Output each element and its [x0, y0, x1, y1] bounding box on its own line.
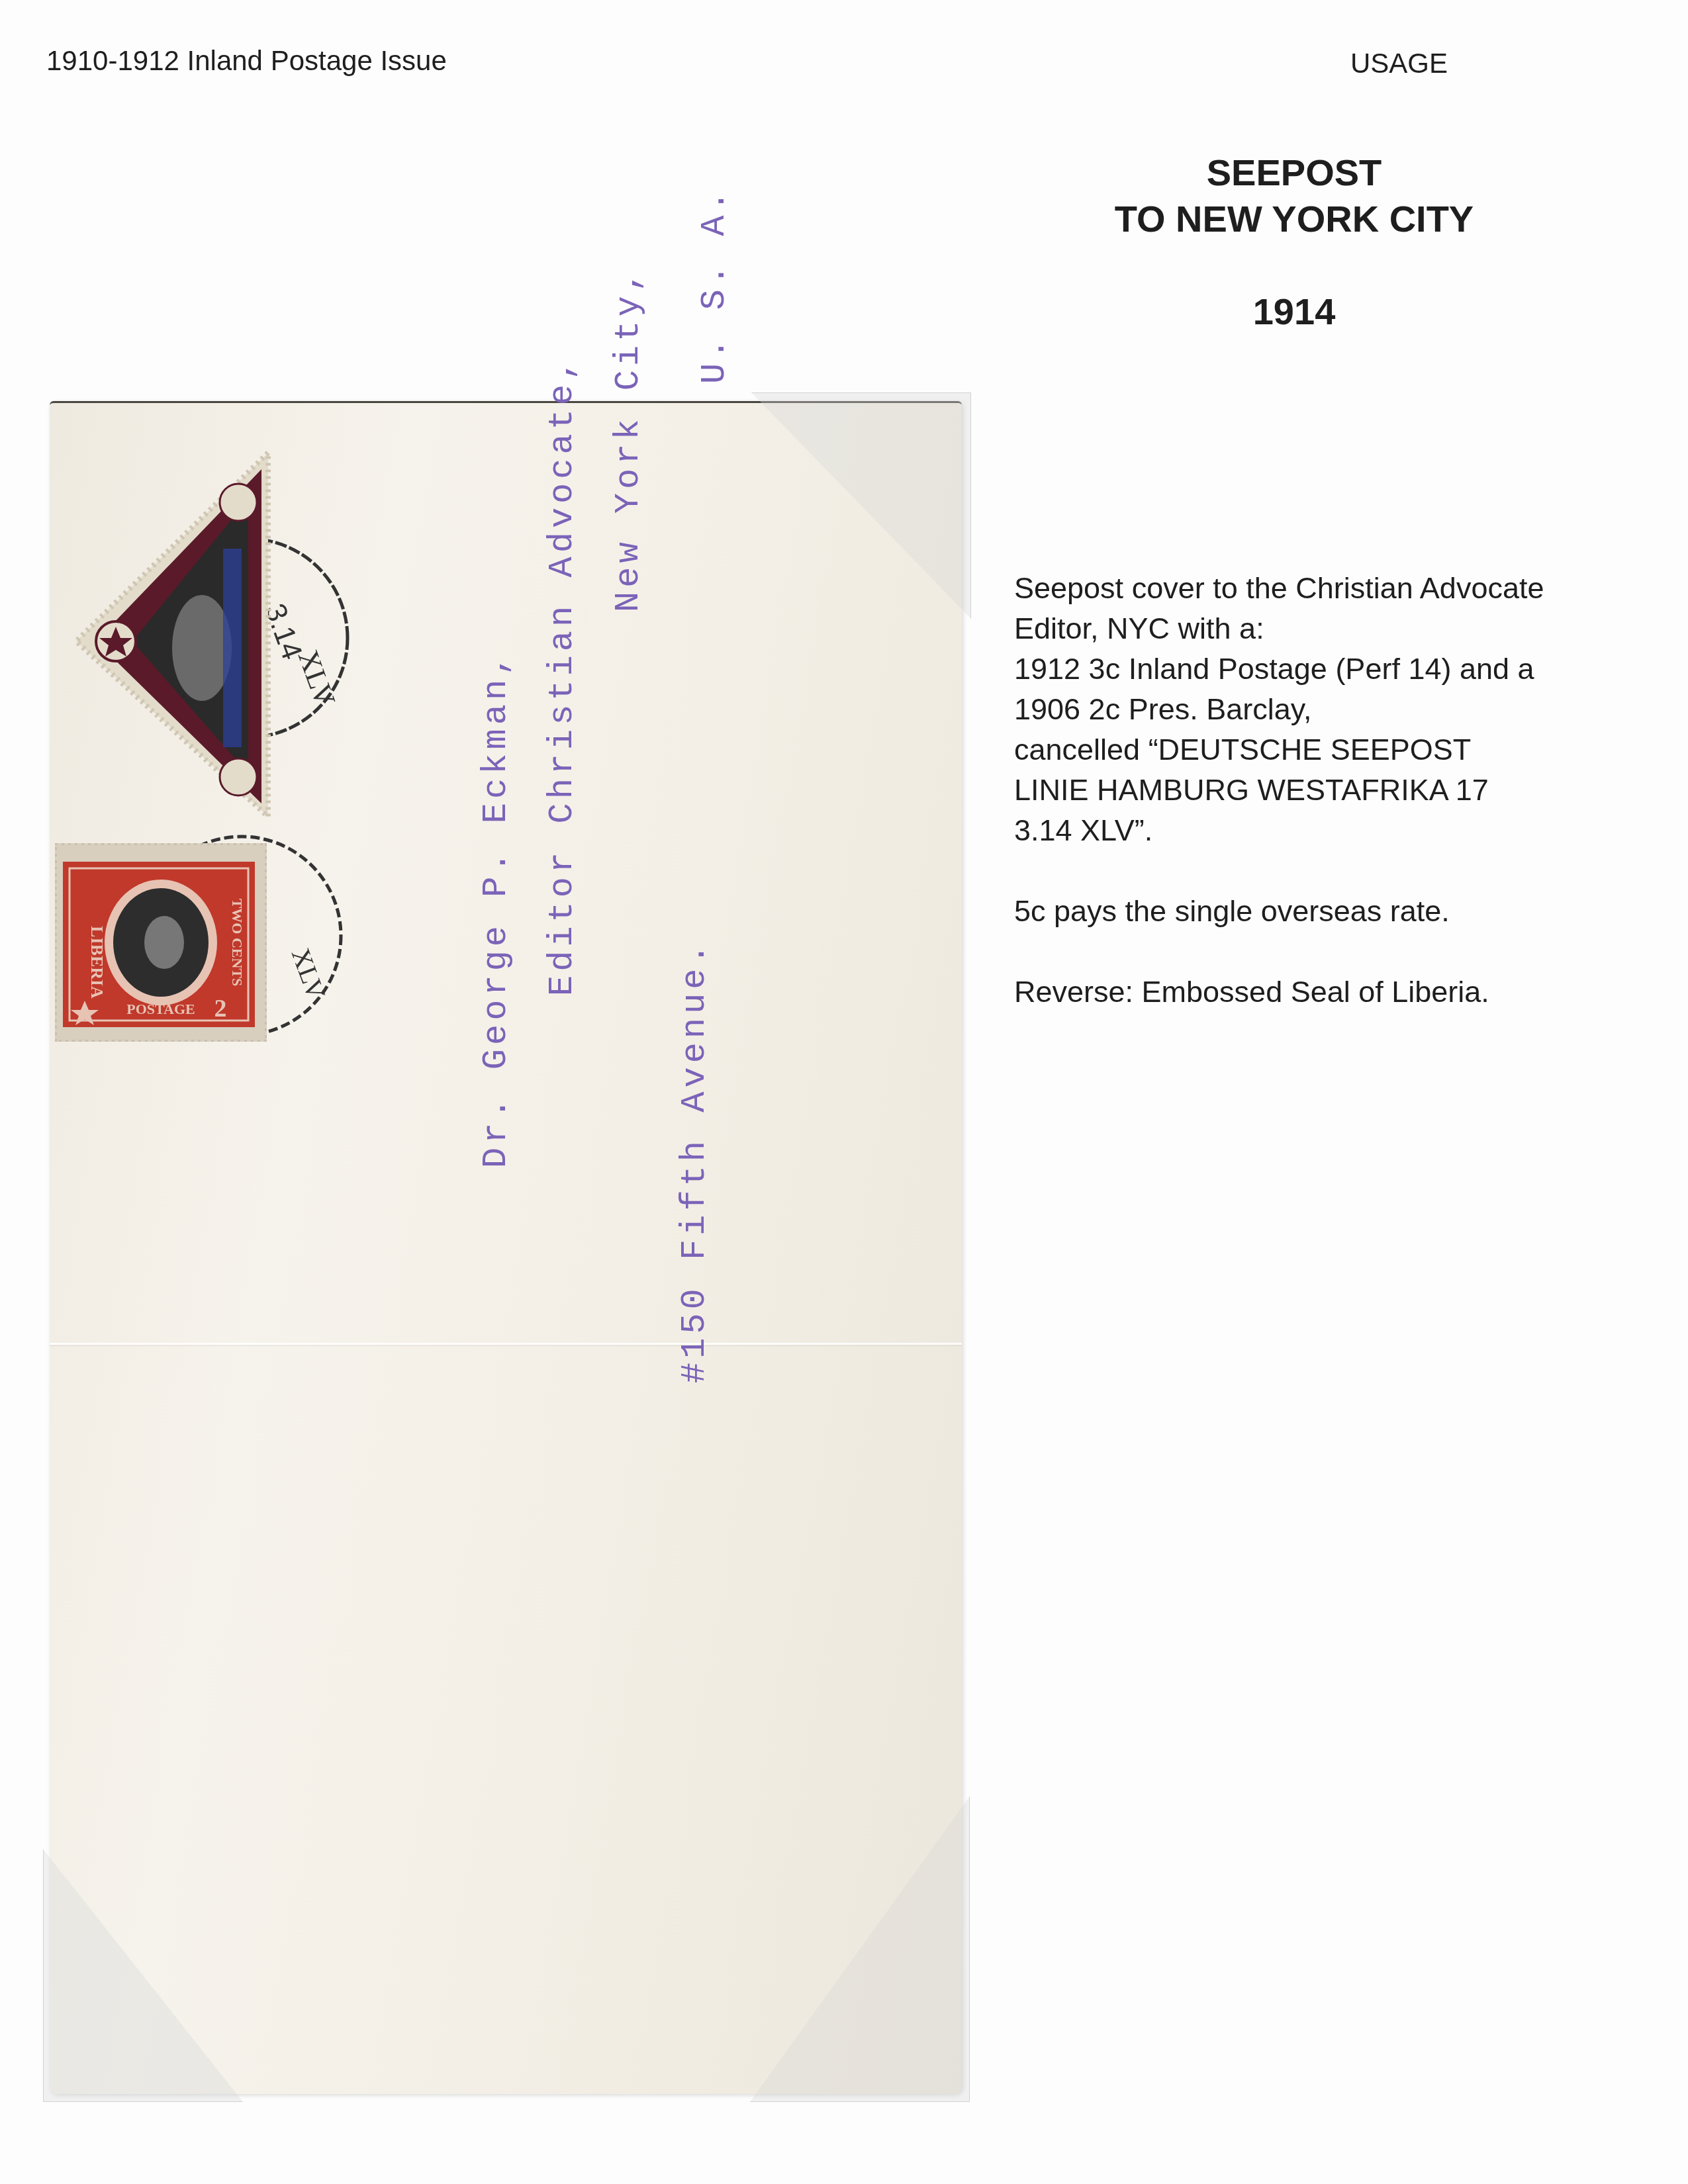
description-line: Seepost cover to the Christian Advocate — [1014, 568, 1650, 608]
description-line: Editor, NYC with a: — [1014, 608, 1650, 649]
mount-corner-bottom-left — [43, 1849, 243, 2102]
address-line-street: #150 Fifth Avenue. — [675, 940, 714, 1383]
section-label: USAGE — [1350, 48, 1448, 79]
svg-text:2: 2 — [214, 995, 227, 1023]
svg-text:LIBERIA: LIBERIA — [87, 926, 107, 999]
description-block: Seepost cover to the Christian Advocate … — [1014, 568, 1650, 1012]
svg-text:TWO CENTS: TWO CENTS — [229, 899, 246, 987]
triangle-stamp — [70, 449, 288, 820]
mount-corner-bottom-right — [750, 1796, 970, 2102]
description-line: cancelled “DEUTSCHE SEEPOST — [1014, 729, 1650, 770]
address-line-city: New York City, — [609, 267, 648, 612]
svg-text:XLV: XLV — [292, 646, 342, 711]
address-line-title: Editor Christian Advocate, — [543, 356, 582, 996]
description-line: 3.14 XLV”. — [1014, 810, 1650, 850]
title-year: 1914 — [1033, 289, 1556, 335]
title-line-1: SEEPOST — [1033, 150, 1556, 196]
svg-text:POSTAGE: POSTAGE — [126, 1001, 195, 1017]
title-line-2: TO NEW YORK CITY — [1033, 196, 1556, 242]
rate-note: 5c pays the single overseas rate. — [1014, 891, 1650, 931]
page-header-title: 1910-1912 Inland Postage Issue — [46, 45, 447, 77]
barclay-stamp: LIBERIA TWO CENTS POSTAGE 2 — [55, 843, 267, 1042]
svg-text:XLV: XLV — [286, 944, 332, 1003]
description-line: 1906 2c Pres. Barclay, — [1014, 689, 1650, 729]
fold-crease — [50, 1343, 962, 1345]
description-line: LINIE HAMBURG WESTAFRIKA 17 — [1014, 770, 1650, 810]
reverse-note: Reverse: Embossed Seal of Liberia. — [1014, 972, 1650, 1012]
description-line: 1912 3c Inland Postage (Perf 14) and a — [1014, 649, 1650, 689]
address-line-name: Dr. George P. Eckman, — [477, 651, 516, 1168]
address-line-country: U. S. A. — [695, 187, 734, 384]
mount-corner-top-right — [751, 392, 971, 619]
